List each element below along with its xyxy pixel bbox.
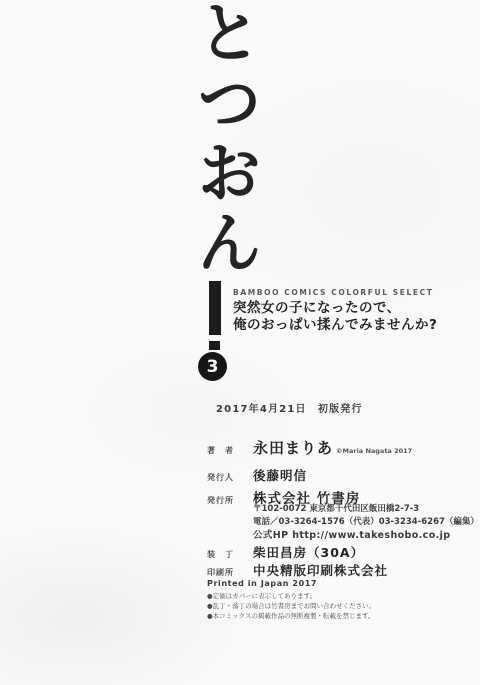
colophon-page: とつおん 3 BAMBOO COMICS COLORFUL SELECT 突然女…: [0, 0, 480, 685]
legal-note-defects: ●乱丁・落丁の場合は竹書房までお問い合わせください。: [207, 601, 375, 611]
publisher-phone: 電話／03-3264-1576（代表）03-3234-6267（編集）: [253, 516, 479, 529]
publisher-website: 公式HP http://www.takeshobo.co.jp: [253, 529, 479, 542]
publisher-person-label: 発行人: [207, 472, 253, 483]
credit-row-author: 著 者 永田まりあ ©Maria Nagata 2017: [207, 437, 412, 458]
printed-in-japan-line: Printed in Japan 2017: [207, 579, 317, 588]
credit-row-publisher-person: 発行人 後藤明信: [207, 466, 307, 484]
printer-name: 中央精版印刷株式会社: [253, 561, 388, 579]
exclamation-mark-dot-icon: [209, 341, 220, 350]
volume-number-badge: 3: [198, 352, 227, 381]
publisher-person-name: 後藤明信: [253, 466, 307, 484]
legal-note-reproduction: ●本コミックスの掲載作品の無断複製・転載を禁じます。: [207, 611, 375, 621]
subtitle-line-1: 突然女の子になったので、: [233, 300, 437, 317]
publisher-address: 〒102-0072 東京都千代田区飯田橋2-7-3: [253, 503, 479, 516]
exclamation-mark-bar-icon: [209, 281, 221, 335]
publisher-label: 発行所: [207, 495, 253, 506]
legal-notes: ●定価はカバーに表示してあります。 ●乱丁・落丁の場合は竹書房までお問い合わせく…: [207, 591, 375, 621]
edition-date-line: 2017年4月21日 初版発行: [216, 400, 363, 415]
copyright-notice: ©Maria Nagata 2017: [336, 447, 412, 455]
printer-label: 印刷所: [207, 567, 253, 578]
series-label: BAMBOO COMICS COLORFUL SELECT: [233, 288, 437, 297]
author-name: 永田まりあ: [253, 437, 333, 458]
book-title-vertical: とつおん: [182, 0, 264, 298]
design-label: 装 丁: [207, 549, 253, 560]
credit-row-printer: 印刷所 中央精版印刷株式会社: [207, 561, 388, 579]
subtitle-line-2: 俺のおっぱい揉んでみませんか?: [233, 317, 437, 334]
designer-name: 柴田昌房（30A）: [253, 543, 364, 561]
series-block: BAMBOO COMICS COLORFUL SELECT 突然女の子になったの…: [233, 288, 437, 334]
credit-row-design: 装 丁 柴田昌房（30A）: [207, 543, 364, 561]
author-label: 著 者: [207, 445, 253, 456]
publisher-details: 〒102-0072 東京都千代田区飯田橋2-7-3 電話／03-3264-157…: [253, 503, 479, 542]
legal-note-price: ●定価はカバーに表示してあります。: [207, 591, 375, 601]
